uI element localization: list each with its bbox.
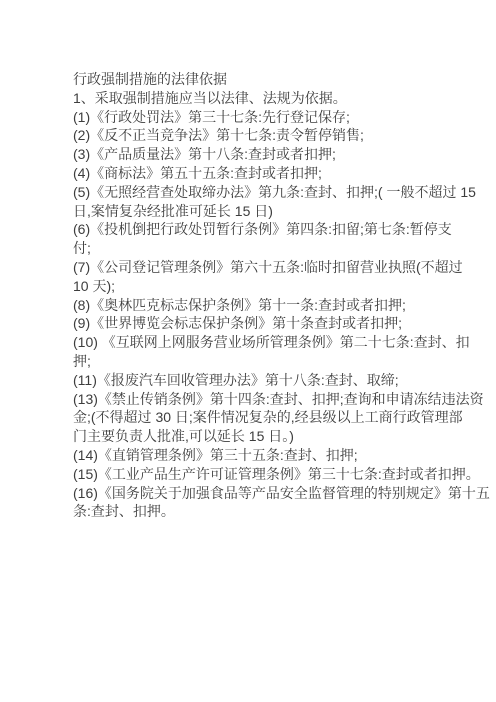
text-line: 押; (73, 352, 433, 371)
text-line: (6)《投机倒把行政处罚暂行条例》第四条:扣留;第七条:暂停支 (73, 220, 433, 239)
document-title: 行政强制措施的法律依据 (73, 70, 433, 89)
text-line: (2)《反不正当竞争法》第十七条:责令暂停销售; (73, 126, 433, 145)
document-page: 行政强制措施的法律依据1、采取强制措施应当以法律、法规为依据。(1)《行政处罚法… (0, 0, 496, 702)
text-line: 1、采取强制措施应当以法律、法规为依据。 (73, 89, 433, 108)
text-line: (9)《世界博览会标志保护条例》第十条查封或者扣押; (73, 314, 433, 333)
text-line: (11)《报废汽车回收管理办法》第十八条:查封、取缔; (73, 371, 433, 390)
text-line: (15)《工业产品生产许可证管理条例》第三十七条:查封或者扣押。 (73, 465, 433, 484)
text-line: (7)《公司登记管理条例》第六十五条:临时扣留营业执照(不超过 (73, 258, 433, 277)
text-line: (16)《国务院关于加强食品等产品安全监督管理的特别规定》第十五 (73, 484, 433, 503)
text-line: (3)《产品质量法》第十八条:查封或者扣押; (73, 145, 433, 164)
text-line: 条:查封、扣押。 (73, 502, 433, 521)
text-line: 金;(不得超过 30 日;案件情况复杂的,经县级以上工商行政管理部 (73, 408, 433, 427)
document-body: 行政强制措施的法律依据1、采取强制措施应当以法律、法规为依据。(1)《行政处罚法… (73, 70, 433, 521)
text-line: (1)《行政处罚法》第三十七条:先行登记保存; (73, 108, 433, 127)
text-line: (4)《商标法》第五十五条:查封或者扣押; (73, 164, 433, 183)
text-line: 10 天); (73, 277, 433, 296)
text-line: (13)《禁止传销条例》第十四条:查封、扣押;查询和申请冻结违法资 (73, 390, 433, 409)
text-line: (10) 《互联网上网服务营业场所管理条例》第二十七条:查封、扣 (73, 333, 433, 352)
text-line: 日,案情复杂经批准可延长 15 日) (73, 202, 433, 221)
text-line: 付; (73, 239, 433, 258)
text-line: 门主要负责人批准,可以延长 15 日。) (73, 427, 433, 446)
text-line: (5)《无照经营查处取缔办法》第九条:查封、扣押;( 一般不超过 15 (73, 183, 433, 202)
text-line: (8)《奥林匹克标志保护条例》第十一条:查封或者扣押; (73, 296, 433, 315)
text-line: (14)《直销管理条例》第三十五条:查封、扣押; (73, 446, 433, 465)
